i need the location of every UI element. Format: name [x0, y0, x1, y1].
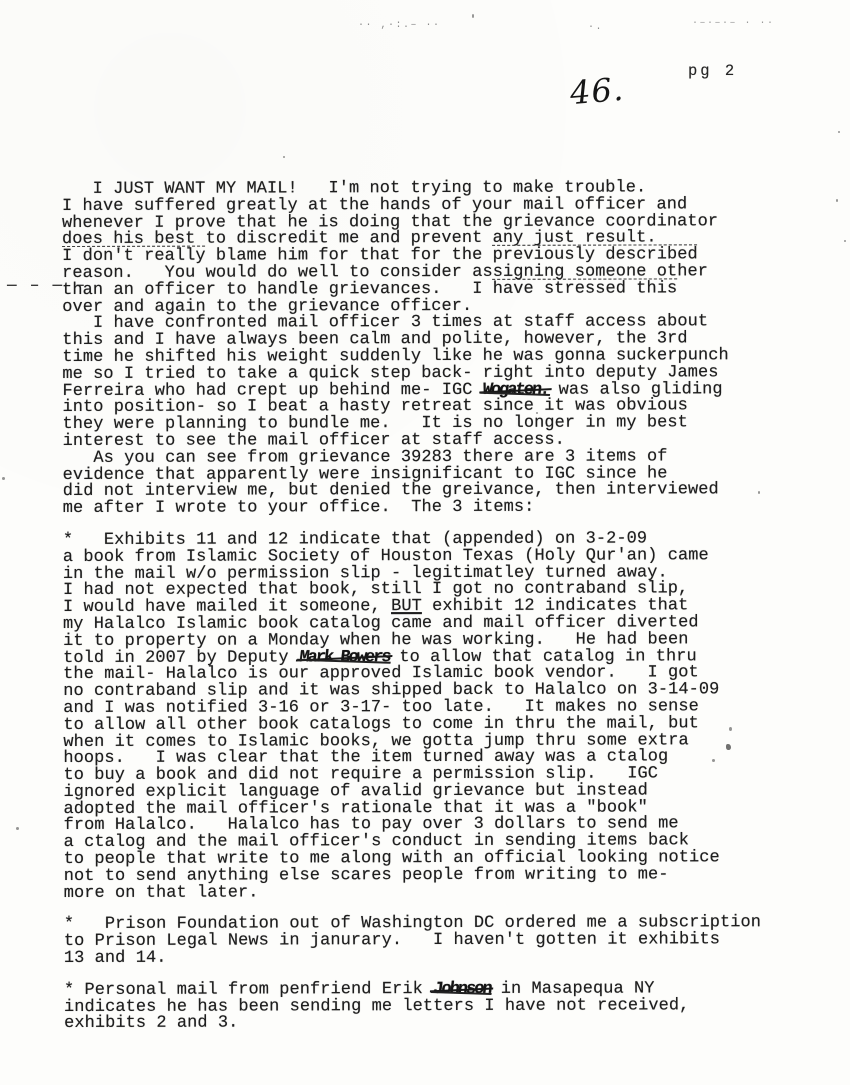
- ink-speck: [758, 491, 760, 494]
- scan-smudge-top-mid: ·.: [588, 22, 603, 33]
- paragraph-3: As you can see from grievance 39283 ther…: [63, 449, 833, 518]
- ink-speck: [283, 156, 285, 158]
- ink-speck: [472, 14, 474, 18]
- bullet-item-3: * Personal mail from penfriend Erik John…: [64, 981, 834, 1033]
- bullet-item-2: * Prison Foundation out of Washington DC…: [64, 915, 834, 967]
- bullet-item-1: * Exhibits 11 and 12 indicate that (appe…: [63, 531, 834, 903]
- document-line: 13 and 14.: [64, 949, 834, 968]
- ink-speck: [536, 412, 538, 414]
- document-body: I JUST WANT MY MAIL! I'm not trying to m…: [62, 180, 834, 1033]
- document-line: me after I wrote to your office. The 3 i…: [63, 499, 833, 518]
- document-line: exhibits 2 and 3.: [64, 1014, 834, 1033]
- typed-page-number: pg 2: [688, 62, 737, 80]
- scan-smudge-top-left: ·· ,·:.– ··: [358, 20, 441, 31]
- ink-speck: [2, 477, 5, 480]
- scribbled-out-name: Wogaten.: [482, 382, 550, 399]
- ink-speck: [729, 727, 732, 731]
- scanned-letter-page: ·· ,·:.– ·· ·. ·–·–·– · ·· pg 2 46. — – …: [0, 0, 850, 1085]
- ink-speck: [16, 827, 19, 830]
- ink-speck: [726, 744, 731, 750]
- paragraph-2: I have confronted mail officer 3 times a…: [62, 314, 832, 450]
- ink-speck: [836, 199, 838, 202]
- scan-smudge-top-right: ·–·–·– · ··: [692, 18, 775, 29]
- ink-speck: [712, 759, 715, 762]
- overtyped-words: have stressed this: [493, 279, 678, 298]
- paragraph-1: I JUST WANT MY MAIL! I'm not trying to m…: [62, 180, 832, 316]
- ink-speck: [838, 131, 840, 133]
- handwritten-page-number: 46.: [568, 70, 625, 113]
- document-line: to Prison Legal News in janurary. I have…: [64, 932, 834, 951]
- scribbled-out-name: Johnson: [432, 982, 491, 999]
- ink-speck: [844, 240, 846, 242]
- document-line: more on that later.: [64, 884, 834, 903]
- scribbled-out-name: Mark Bowers: [298, 650, 390, 667]
